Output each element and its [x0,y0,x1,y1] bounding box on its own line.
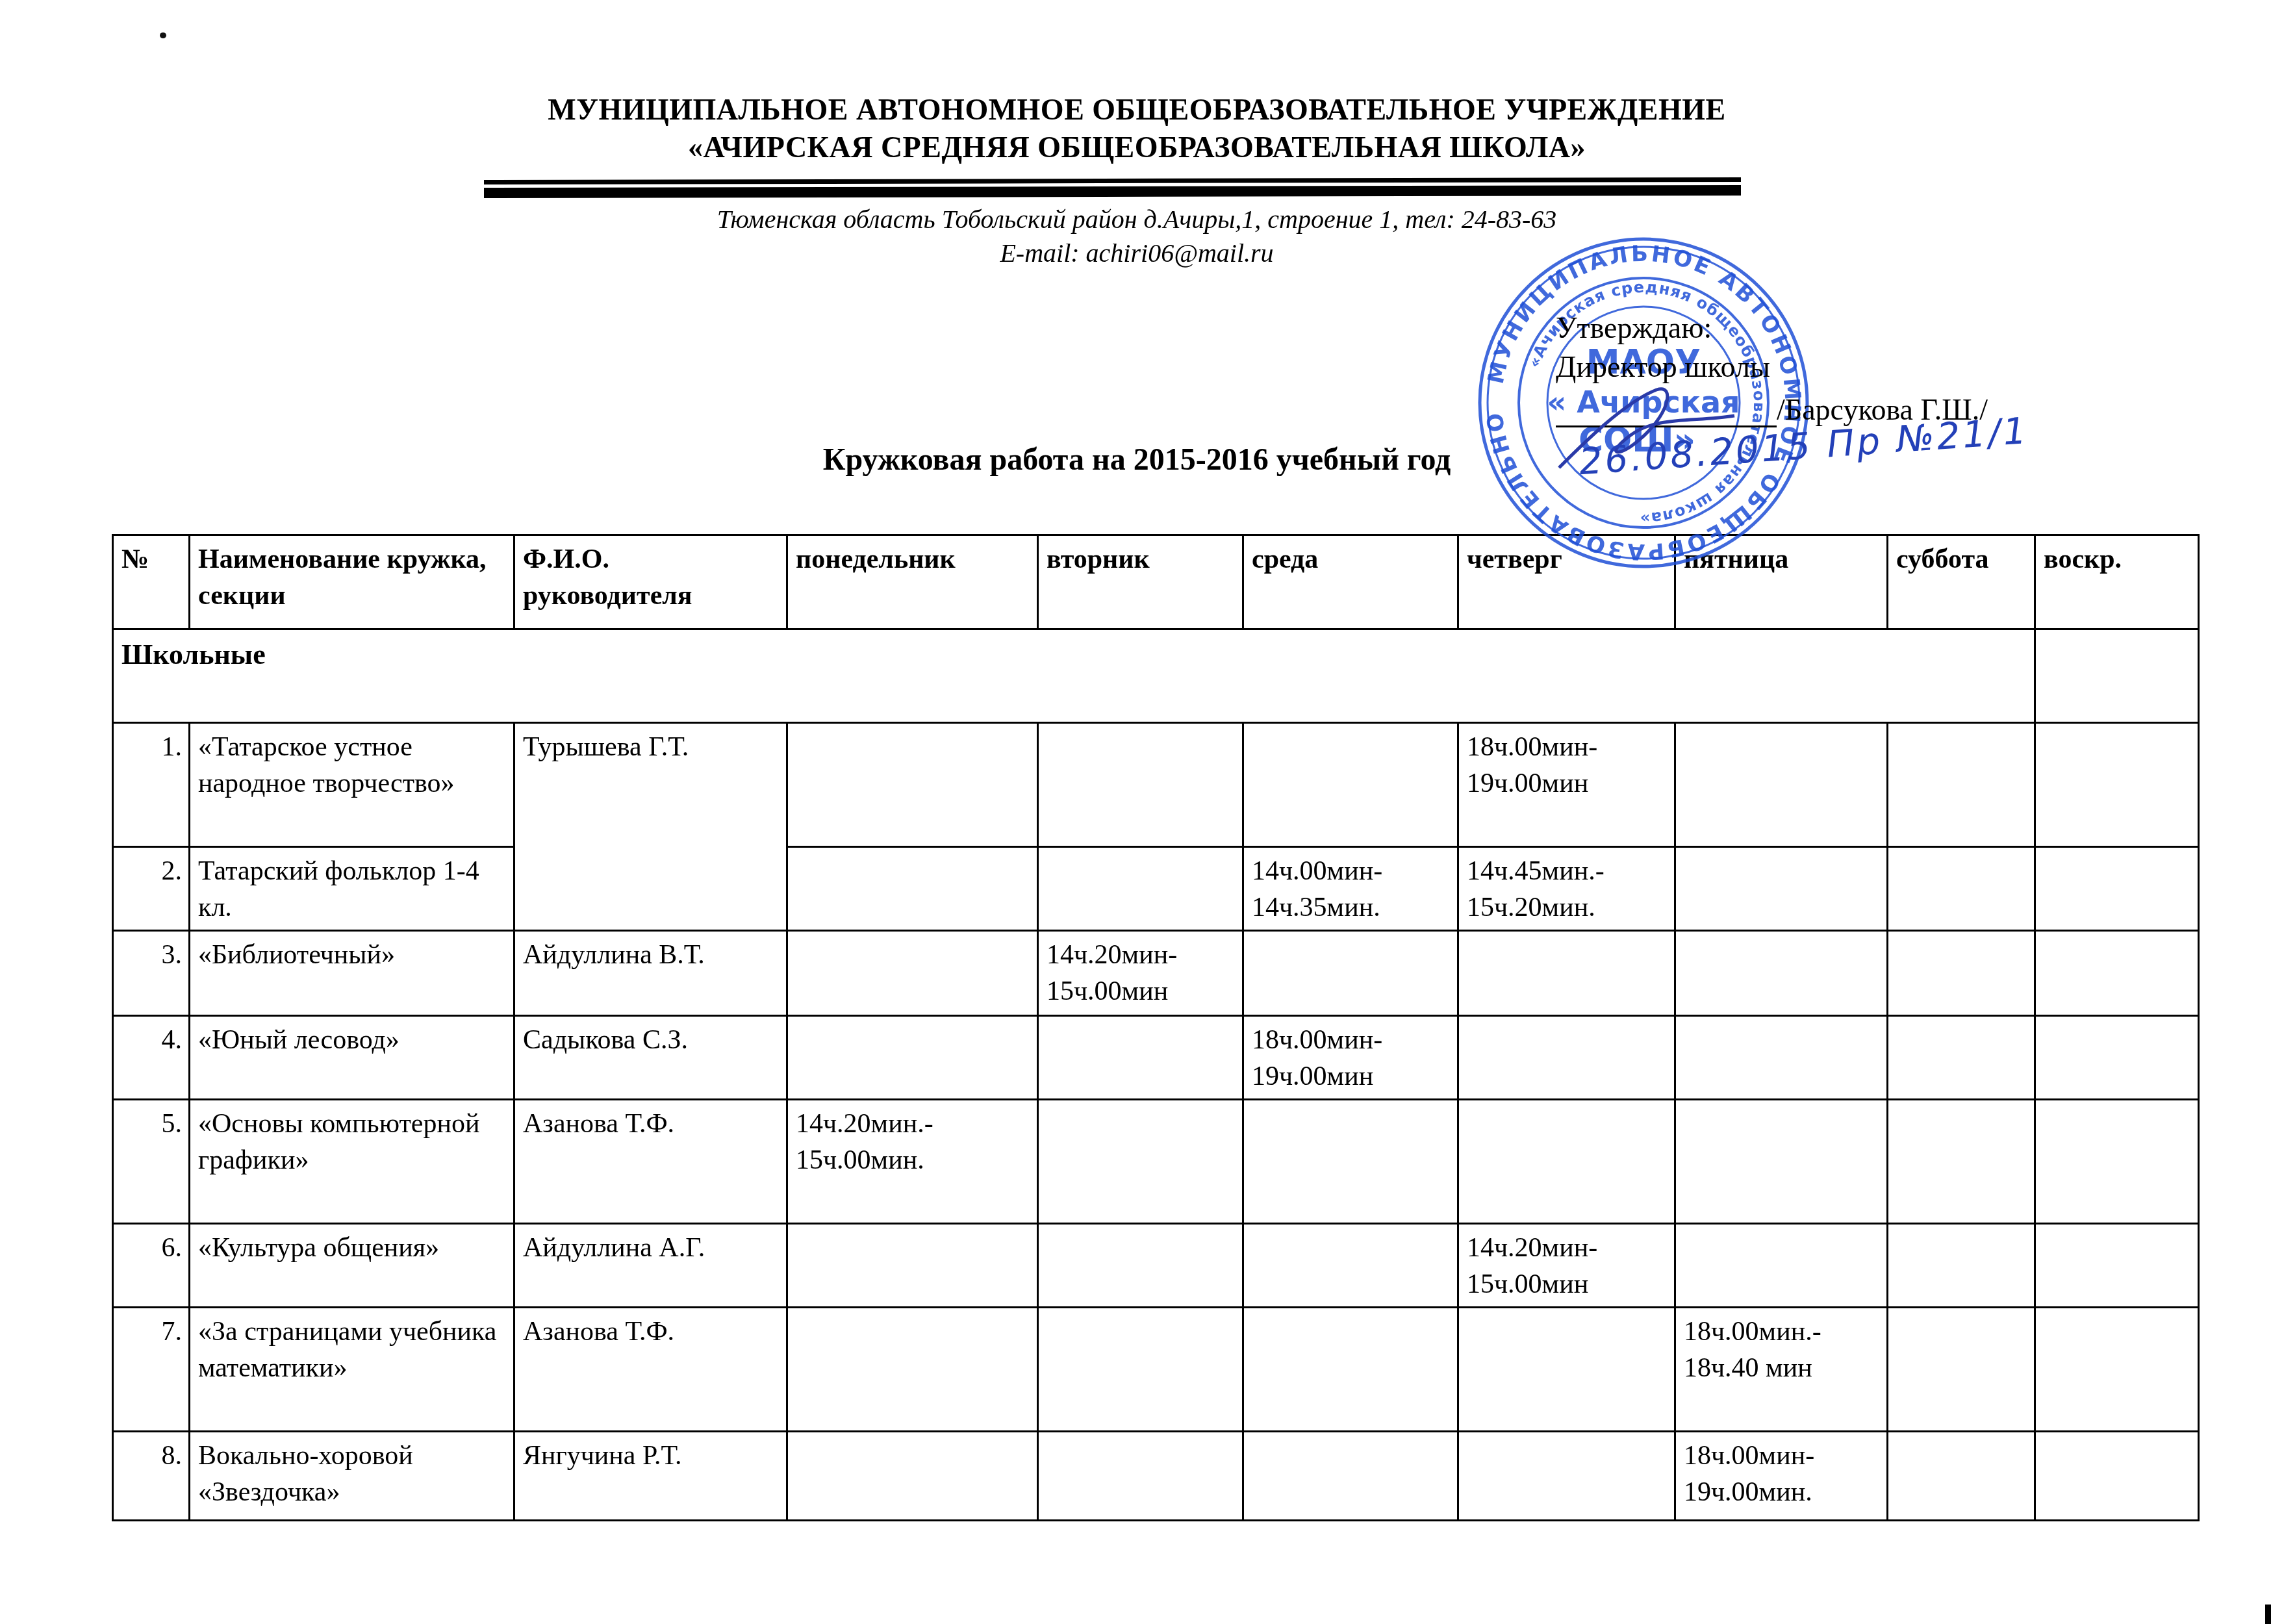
schedule-cell-wed [1243,1100,1458,1224]
header-wednesday: среда [1243,535,1458,629]
schedule-cell-wed: 18ч.00мин- 19ч.00мин [1243,1016,1458,1100]
approval-label: Утверждаю: [1556,311,1988,346]
header-name: Наименование кружка, секции [190,535,514,629]
schedule-cell-sun [2035,1308,2199,1432]
club-name: «Культура общения» [190,1224,514,1308]
header-tuesday: вторник [1038,535,1243,629]
leader-name: Азанова Т.Ф. [514,1100,787,1224]
schedule-cell-thu: 14ч.20мин- 15ч.00мин [1458,1224,1675,1308]
schedule-cell-fri [1675,1016,1888,1100]
header-monday: понедельник [787,535,1038,629]
table-row: 8.Вокально-хоровой «Звездочка»Янгучина Р… [113,1432,2199,1521]
schedule-cell-mon [787,1432,1038,1521]
schedule-cell-mon [787,1224,1038,1308]
section-row: Школьные [113,629,2199,723]
schedule-cell-sat [1888,1224,2035,1308]
table-row: 7.«За страницами учебника математики»Аза… [113,1308,2199,1432]
header-sunday: воскр. [2035,535,2199,629]
schedule-cell-mon [787,1016,1038,1100]
header-divider-thin [484,177,1741,184]
schedule-cell-thu [1458,1016,1675,1100]
schedule-cell-fri [1675,723,1888,847]
club-name: Татарский фольклор 1-4 кл. [190,847,514,931]
row-number: 8. [113,1432,190,1521]
organization-name-line1: МУНИЦИПАЛЬНОЕ АВТОНОМНОЕ ОБЩЕОБРАЗОВАТЕЛ… [455,91,1819,129]
section-label: Школьные [113,629,2035,723]
organization-name-line2: «АЧИРСКАЯ СРЕДНЯЯ ОБЩЕОБРАЗОВАТЕЛЬНАЯ ШК… [455,129,1819,166]
scan-edge-mark [2265,1605,2271,1624]
schedule-cell-tue [1038,1100,1243,1224]
header-saturday: суббота [1888,535,2035,629]
schedule-cell-mon [787,847,1038,931]
leader-name: Янгучина Р.Т. [514,1432,787,1521]
schedule-cell-wed [1243,723,1458,847]
row-number: 7. [113,1308,190,1432]
leader-name: Айдуллина А.Г. [514,1224,787,1308]
schedule-cell-sun [2035,847,2199,931]
schedule-cell-thu [1458,1308,1675,1432]
club-name: «За страницами учебника математики» [190,1308,514,1432]
table-row: 3.«Библиотечный»Айдуллина В.Т.14ч.20мин-… [113,931,2199,1016]
schedule-cell-sat [1888,931,2035,1016]
schedule-cell-wed [1243,1432,1458,1521]
schedule-cell-mon: 14ч.20мин.- 15ч.00мин. [787,1100,1038,1224]
header-leader: Ф.И.О. руководителя [514,535,787,629]
schedule-cell-tue: 14ч.20мин- 15ч.00мин [1038,931,1243,1016]
club-name: «Основы компьютерной графики» [190,1100,514,1224]
schedule-cell-thu [1458,1432,1675,1521]
leader-name: Азанова Т.Ф. [514,1308,787,1432]
row-number: 5. [113,1100,190,1224]
schedule-cell-tue [1038,1308,1243,1432]
schedule-cell-sun [2035,1100,2199,1224]
club-name: «Татарское устное народное творчество» [190,723,514,847]
schedule-cell-tue [1038,1224,1243,1308]
schedule-cell-thu: 14ч.45мин.- 15ч.20мин. [1458,847,1675,931]
table-row: 1.«Татарское устное народное творчество»… [113,723,2199,847]
schedule-cell-fri [1675,1100,1888,1224]
schedule-cell-sun [2035,1432,2199,1521]
schedule-cell-sun [2035,723,2199,847]
table-row: 4.«Юный лесовод»Садыкова С.З.18ч.00мин- … [113,1016,2199,1100]
schedule-cell-fri [1675,1224,1888,1308]
row-number: 1. [113,723,190,847]
schedule-cell-sun [2035,1224,2199,1308]
club-name: Вокально-хоровой «Звездочка» [190,1432,514,1521]
organization-header: МУНИЦИПАЛЬНОЕ АВТОНОМНОЕ ОБЩЕОБРАЗОВАТЕЛ… [455,91,1819,166]
table-row: 6.«Культура общения»Айдуллина А.Г.14ч.20… [113,1224,2199,1308]
club-name: «Юный лесовод» [190,1016,514,1100]
row-number: 6. [113,1224,190,1308]
schedule-cell-fri: 18ч.00мин.- 18ч.40 мин [1675,1308,1888,1432]
schedule-cell-wed [1243,931,1458,1016]
schedule-cell-thu [1458,1100,1675,1224]
schedule-cell-tue [1038,1432,1243,1521]
schedule-cell-mon [787,723,1038,847]
schedule-cell-sat [1888,847,2035,931]
schedule-cell-wed: 14ч.00мин- 14ч.35мин. [1243,847,1458,931]
header-num: № [113,535,190,629]
row-number: 3. [113,931,190,1016]
schedule-cell-fri [1675,847,1888,931]
header-divider-thick [484,185,1741,198]
schedule-cell-sun [2035,931,2199,1016]
schedule-cell-sat [1888,1100,2035,1224]
table-header-row: № Наименование кружка, секции Ф.И.О. рук… [113,535,2199,629]
section-empty-cell [2035,629,2199,723]
schedule-cell-sat [1888,723,2035,847]
club-schedule-table: № Наименование кружка, секции Ф.И.О. рук… [112,534,2200,1521]
row-number: 4. [113,1016,190,1100]
schedule-cell-sat [1888,1308,2035,1432]
schedule-cell-fri [1675,931,1888,1016]
schedule-cell-tue [1038,1016,1243,1100]
schedule-cell-sun [2035,1016,2199,1100]
document-title: Кружковая работа на 2015-2016 учебный го… [715,442,1559,477]
scan-speck [160,32,166,38]
club-name: «Библиотечный» [190,931,514,1016]
schedule-cell-tue [1038,847,1243,931]
row-number: 2. [113,847,190,931]
schedule-cell-tue [1038,723,1243,847]
schedule-cell-thu [1458,931,1675,1016]
schedule-cell-sat [1888,1016,2035,1100]
schedule-cell-thu: 18ч.00мин- 19ч.00мин [1458,723,1675,847]
schedule-cell-wed [1243,1308,1458,1432]
table-row: 5.«Основы компьютерной графики»Азанова Т… [113,1100,2199,1224]
leader-name: Айдуллина В.Т. [514,931,787,1016]
table-row: 2.Татарский фольклор 1-4 кл.14ч.00мин- 1… [113,847,2199,931]
schedule-cell-sat [1888,1432,2035,1521]
schedule-cell-fri: 18ч.00мин- 19ч.00мин. [1675,1432,1888,1521]
schedule-cell-mon [787,931,1038,1016]
schedule-cell-wed [1243,1224,1458,1308]
leader-name: Турышева Г.Т. [514,723,787,931]
address-line: Тюменская область Тобольский район д.Ачи… [455,203,1819,236]
schedule-cell-mon [787,1308,1038,1432]
leader-name: Садыкова С.З. [514,1016,787,1100]
